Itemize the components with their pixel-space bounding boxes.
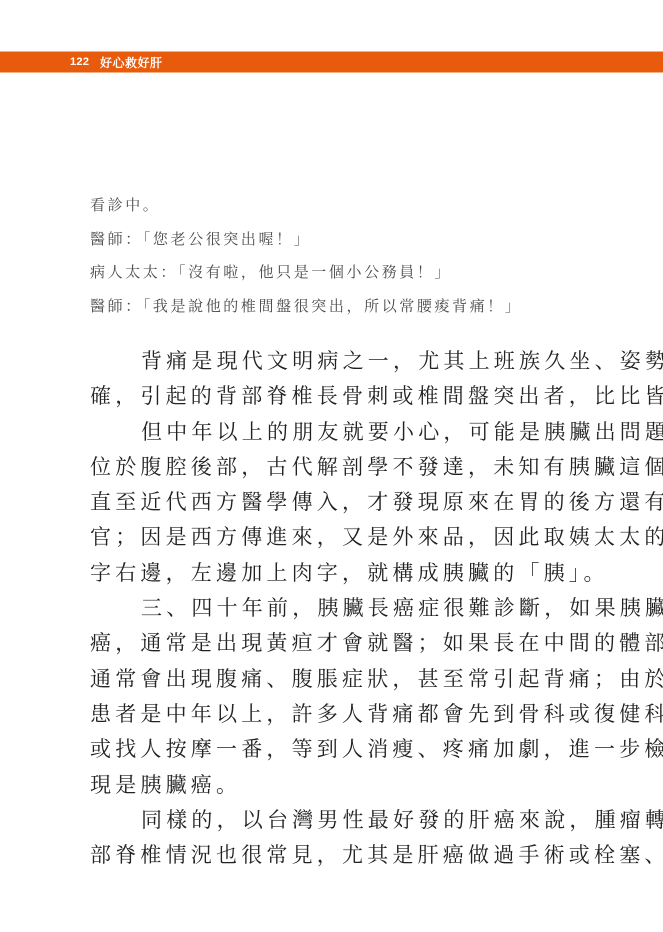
paragraph-line: 背痛是現代文明病之一，尤其上班族久坐、姿勢不正 (90, 344, 576, 379)
book-title: 好心救好肝 (100, 54, 163, 71)
paragraph-line: 患者是中年以上，許多人背痛都會先到骨科或復健科求診， (90, 697, 576, 732)
paragraph-line: 或找人按摩一番，等到人消瘦、疼痛加劇，進一步檢查才發 (90, 732, 576, 767)
paragraph-line: 現是胰臟癌。 (90, 768, 576, 803)
dialogue-line: 病人太太：「沒有啦，他只是一個小公務員！」 (90, 256, 590, 290)
dialogue-line: 看診中。 (90, 189, 590, 223)
dialogue-line: 醫師：「您老公很突出喔！」 (90, 223, 590, 257)
running-header-bar: 122 好心救好肝 (0, 51, 663, 73)
paragraph-line: 位於腹腔後部，古代解剖學不發達，未知有胰臟這個器官， (90, 450, 576, 485)
paragraph-line: 但中年以上的朋友就要小心，可能是胰臟出問題。胰臟 (90, 415, 576, 450)
paragraph-line: 確，引起的背部脊椎長骨刺或椎間盤突出者，比比皆是。 (90, 379, 576, 414)
body-text: 背痛是現代文明病之一，尤其上班族久坐、姿勢不正 確，引起的背部脊椎長骨刺或椎間盤… (90, 344, 576, 873)
paragraph-line: 部脊椎情況也很常見，尤其是肝癌做過手術或栓塞、電燒等 (90, 838, 576, 873)
paragraph-line: 三、四十年前，胰臟長癌症很難診斷，如果胰臟頭部長 (90, 591, 576, 626)
page-number: 122 (70, 56, 89, 68)
paragraph-line: 官；因是西方傳進來，又是外來品，因此取姨太太的「姨」 (90, 520, 576, 555)
paragraph-line: 直至近代西方醫學傳入，才發現原來在胃的後方還有一個器 (90, 485, 576, 520)
joke-dialogue: 看診中。 醫師：「您老公很突出喔！」 病人太太：「沒有啦，他只是一個小公務員！」… (90, 189, 590, 323)
paragraph-line: 通常會出現腹痛、腹脹症狀，甚至常引起背痛；由於大部分 (90, 662, 576, 697)
dialogue-line: 醫師：「我是說他的椎間盤很突出，所以常腰痠背痛！」 (90, 290, 590, 324)
paragraph-line: 字右邊，左邊加上肉字，就構成胰臟的「胰」。 (90, 556, 576, 591)
paragraph-line: 同樣的，以台灣男性最好發的肝癌來說，腫瘤轉移到背 (90, 803, 576, 838)
paragraph-line: 癌，通常是出現黃疸才會就醫；如果長在中間的體部或尾部， (90, 626, 576, 661)
